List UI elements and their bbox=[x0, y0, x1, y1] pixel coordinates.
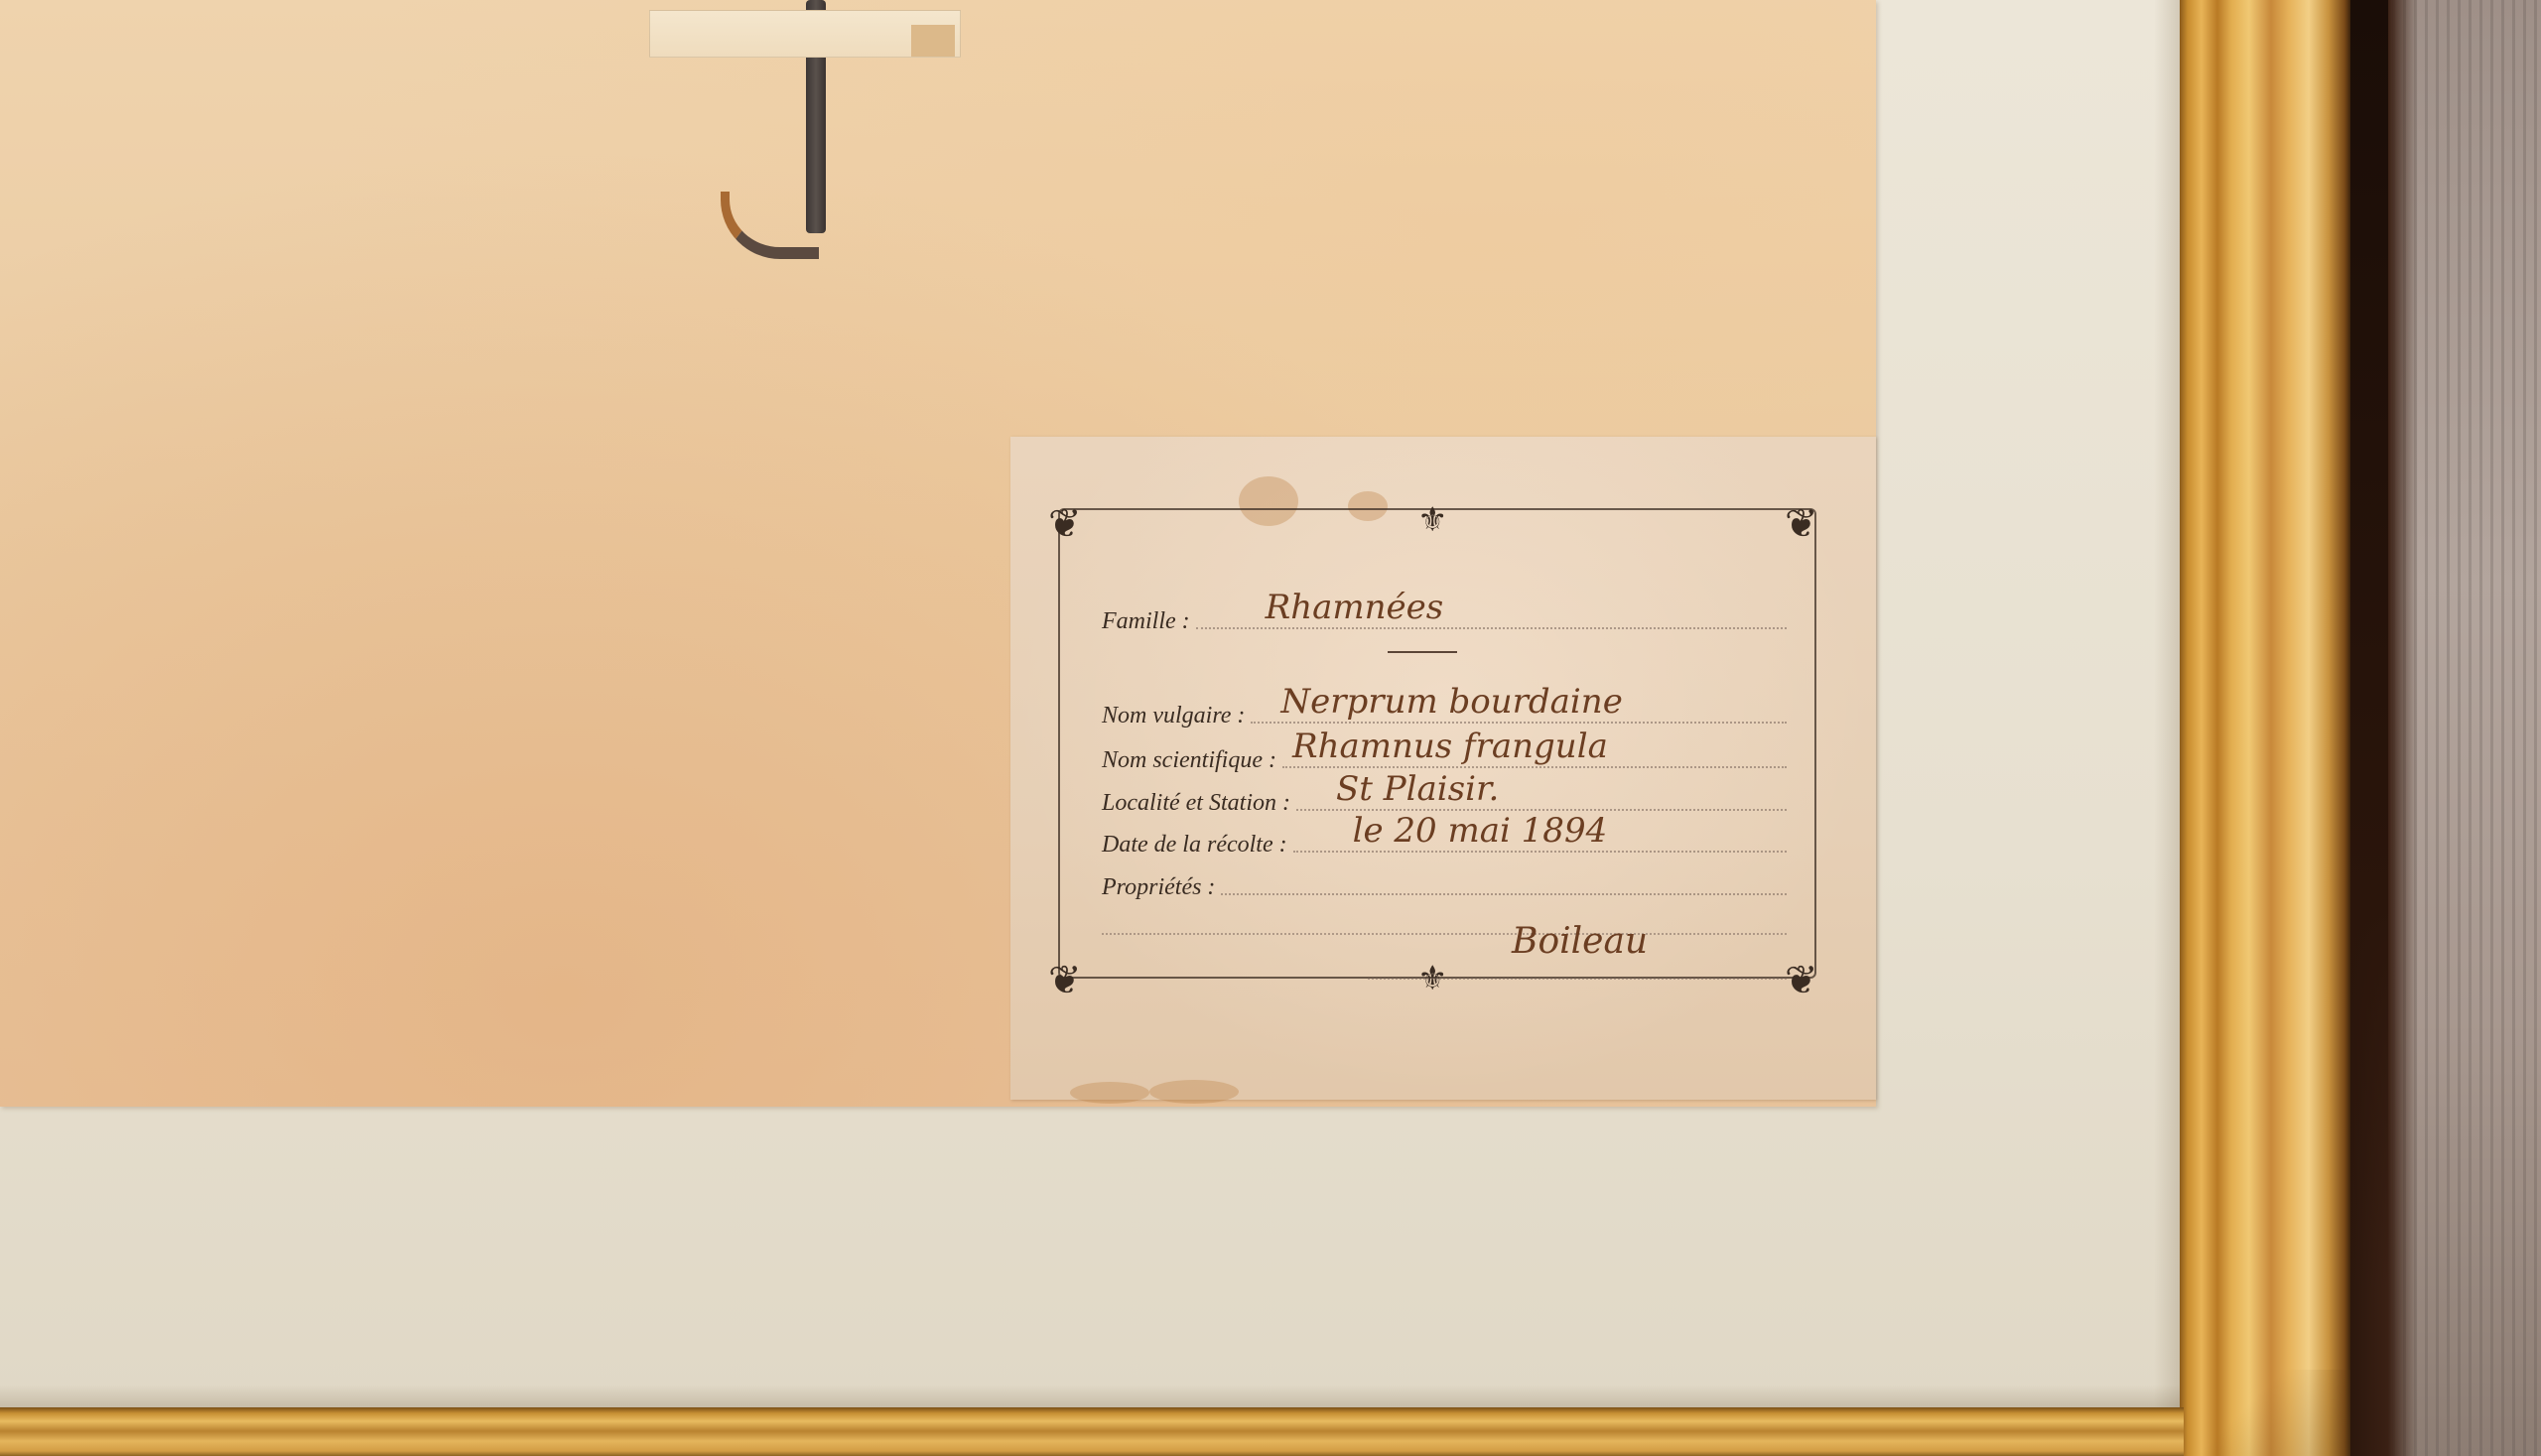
specimen-label: ❦ ❦ ❦ ❦ ⚜ ⚜ Famille : Rhamnées Nom vulga… bbox=[1010, 437, 1876, 1100]
handwritten-value: Rhamnées bbox=[1266, 588, 1444, 627]
dotted-line: Rhamnées bbox=[1196, 627, 1787, 629]
field-label: Famille : bbox=[1102, 608, 1196, 635]
gilt-frame-right-edge bbox=[2180, 0, 2350, 1456]
gilt-frame-bottom-edge bbox=[0, 1407, 2184, 1456]
dotted-line bbox=[1221, 893, 1787, 895]
stem-curled-tip bbox=[721, 192, 819, 259]
dotted-line: Nerprum bourdaine bbox=[1251, 722, 1787, 724]
gilt-frame-corner bbox=[2180, 1370, 2350, 1456]
field-label: Propriétés : bbox=[1102, 874, 1221, 901]
corner-flourish-icon: ❦ bbox=[1048, 504, 1082, 544]
dotted-line bbox=[1102, 933, 1787, 935]
mat-shadow-right bbox=[2154, 0, 2180, 1409]
collector-signature: Boileau bbox=[1512, 921, 1648, 962]
dotted-line bbox=[1368, 978, 1787, 980]
mat-shadow-bottom bbox=[0, 1385, 2184, 1408]
separator-rule bbox=[1388, 651, 1457, 653]
handwritten-value: St Plaisir. bbox=[1336, 769, 1499, 809]
foxing-stain bbox=[1149, 1080, 1239, 1104]
label-row-nom-vulgaire: Nom vulgaire : Nerprum bourdaine bbox=[1102, 680, 1787, 729]
handwritten-value: Rhamnus frangula bbox=[1292, 727, 1608, 766]
foxing-stain bbox=[1070, 1082, 1149, 1104]
corner-flourish-icon: ❦ bbox=[1785, 961, 1818, 1000]
tape-stain bbox=[911, 25, 955, 57]
center-fleuron-icon: ⚜ bbox=[1417, 504, 1447, 538]
handwritten-value: le 20 mai 1894 bbox=[1353, 811, 1608, 851]
label-row-famille: Famille : Rhamnées bbox=[1102, 586, 1787, 635]
corner-flourish-icon: ❦ bbox=[1785, 504, 1818, 544]
frame-shadow-gap bbox=[2348, 0, 2388, 1290]
label-row-proprietes: Propriétés : bbox=[1102, 852, 1787, 901]
handwritten-value: Nerprum bourdaine bbox=[1280, 682, 1622, 722]
center-fleuron-icon: ⚜ bbox=[1417, 963, 1447, 996]
corner-flourish-icon: ❦ bbox=[1048, 961, 1082, 1000]
